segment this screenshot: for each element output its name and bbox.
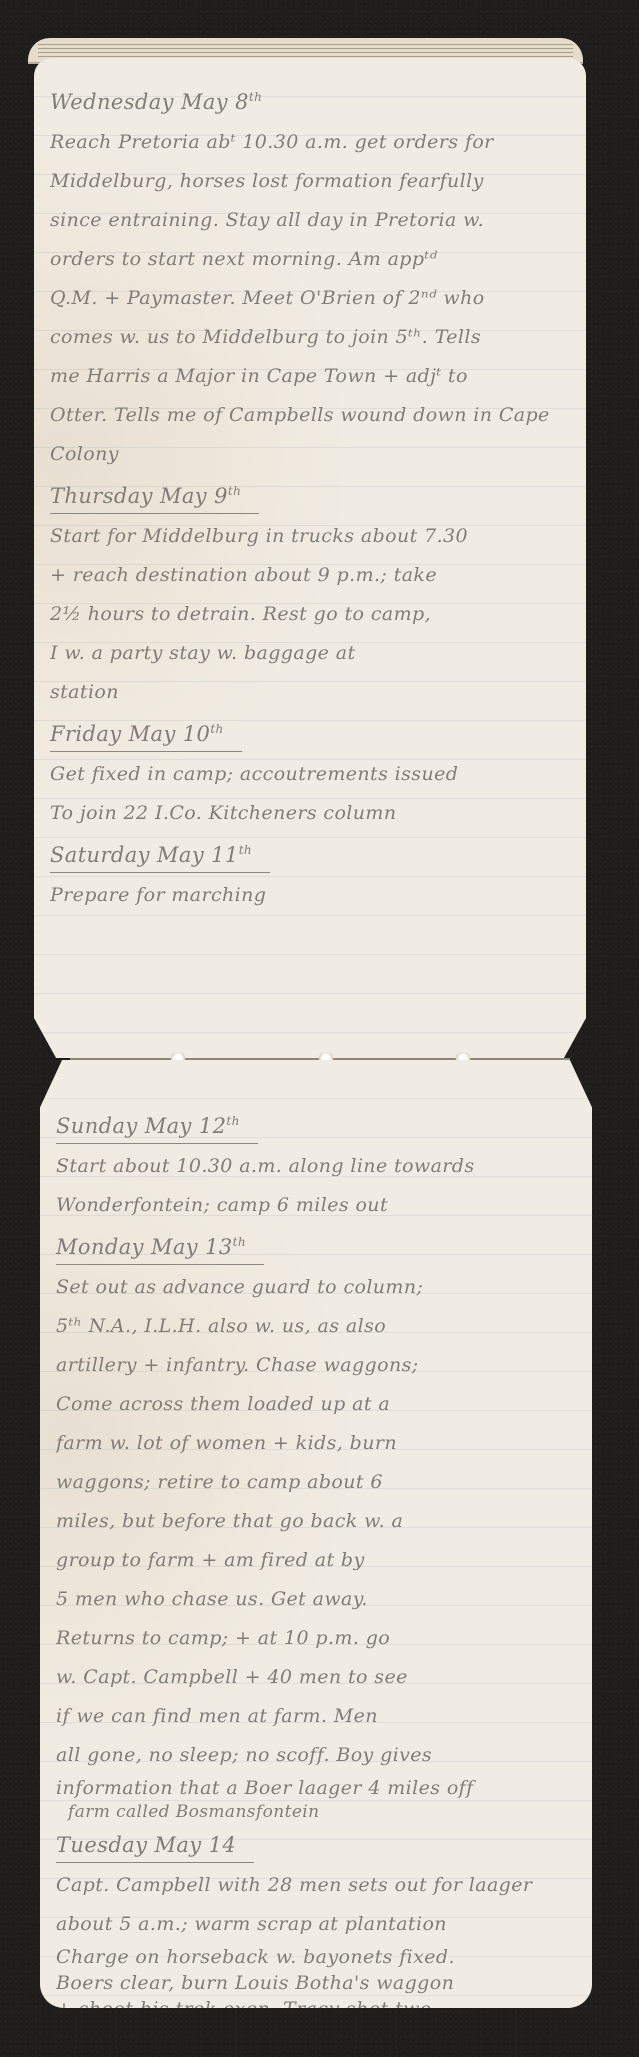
entry-heading: Friday May 10th [50,712,242,752]
diary-line: 5ᵗʰ N.A., I.L.H. also w. us, as also [56,1307,578,1346]
diary-entry: Tuesday May 14 Capt. Campbell with 28 me… [56,1823,578,2048]
diary-entry: Monday May 13th Set out as advance guard… [56,1225,578,1823]
diary-line: 2½ hours to detrain. Rest go to camp, [50,595,572,634]
diary-line: miles, but before that go back w. a [56,1502,578,1541]
diary-line: about 5 a.m.; warm scrap at plantation [56,1905,578,1944]
diary-line: Prepare for marching [50,876,572,915]
diary-line: farm w. lot of women + kids, burn [56,1424,578,1463]
page-edge [38,48,573,49]
diary-line: Returns to camp; + at 10 p.m. go [56,1619,578,1658]
diary-entry: Sunday May 12th Start about 10.30 a.m. a… [56,1104,578,1225]
diary-entry: Thursday May 9th Start for Middelburg in… [50,474,572,712]
diary-line: Set out as advance guard to column; [56,1268,578,1307]
page-edge [38,52,573,53]
diary-line: bullocks; 2 horses wounded. I go out [56,2022,578,2048]
diary-line: Start for Middelburg in trucks about 7.3… [50,517,572,556]
notebook-page-bottom: Sunday May 12th Start about 10.30 a.m. a… [40,1060,592,2008]
diary-line: Middelburg, horses lost formation fearfu… [50,162,572,201]
diary-line: orders to start next morning. Am appᵗᵈ [50,240,572,279]
entry-heading: Monday May 13th [56,1225,264,1265]
entry-heading: Wednesday May 8th [50,80,280,119]
diary-line: Q.M. + Paymaster. Meet O'Brien of 2ⁿᵈ wh… [50,279,572,318]
diary-line: artillery + infantry. Chase waggons; [56,1346,578,1385]
diary-line: information that a Boer laager 4 miles o… [56,1775,578,1801]
diary-line: Start about 10.30 a.m. along line toward… [56,1147,578,1186]
diary-line: station [50,673,572,712]
entry-heading: Sunday May 12th [56,1104,258,1144]
diary-line: Boers clear, burn Louis Botha's waggon [56,1970,578,1996]
diary-line: 5 men who chase us. Get away. [56,1580,578,1619]
diary-entry: Saturday May 11th Prepare for marching [50,833,572,915]
diary-insert-line: farm called Bosmansfontein [56,1801,578,1823]
diary-entry: Wednesday May 8th Reach Pretoria abᵗ 10.… [50,80,572,474]
diary-line: + reach destination about 9 p.m.; take [50,556,572,595]
diary-line: me Harris a Major in Cape Town + adjᵗ to [50,357,572,396]
diary-line: group to farm + am fired at by [56,1541,578,1580]
notebook-page-top: Wednesday May 8th Reach Pretoria abᵗ 10.… [34,58,586,1058]
diary-line: To join 22 I.Co. Kitcheners column [50,794,572,833]
diary-line: Capt. Campbell with 28 men sets out for … [56,1866,578,1905]
diary-line: Get fixed in camp; accoutrements issued [50,755,572,794]
diary-line: Charge on horseback w. bayonets fixed. [56,1944,578,1970]
diary-line: Otter. Tells me of Campbells wound down … [50,396,572,435]
diary-entry: Friday May 10th Get fixed in camp; accou… [50,712,572,833]
entry-heading: Tuesday May 14 [56,1823,254,1863]
diary-line: comes w. us to Middelburg to join 5ᵗʰ. T… [50,318,572,357]
diary-line: Colony [50,435,572,474]
entry-heading: Thursday May 9th [50,474,259,514]
diary-line: all gone, no sleep; no scoff. Boy gives [56,1736,578,1775]
diary-line: since entraining. Stay all day in Pretor… [50,201,572,240]
page-edge [38,44,573,45]
diary-line: Come across them loaded up at a [56,1385,578,1424]
diary-line: w. Capt. Campbell + 40 men to see [56,1658,578,1697]
diary-text-top: Wednesday May 8th Reach Pretoria abᵗ 10.… [50,80,572,915]
diary-line: Reach Pretoria abᵗ 10.30 a.m. get orders… [50,123,572,162]
diary-text-bottom: Sunday May 12th Start about 10.30 a.m. a… [56,1104,578,2048]
diary-line: if we can find men at farm. Men [56,1697,578,1736]
diary-line: + shoot his trek oxen. Tracy shot two [56,1996,578,2022]
diary-line: I w. a party stay w. baggage at [50,634,572,673]
diary-line: Wonderfontein; camp 6 miles out [56,1186,578,1225]
page-edge [38,56,573,57]
diary-line: waggons; retire to camp about 6 [56,1463,578,1502]
entry-heading: Saturday May 11th [50,833,270,873]
